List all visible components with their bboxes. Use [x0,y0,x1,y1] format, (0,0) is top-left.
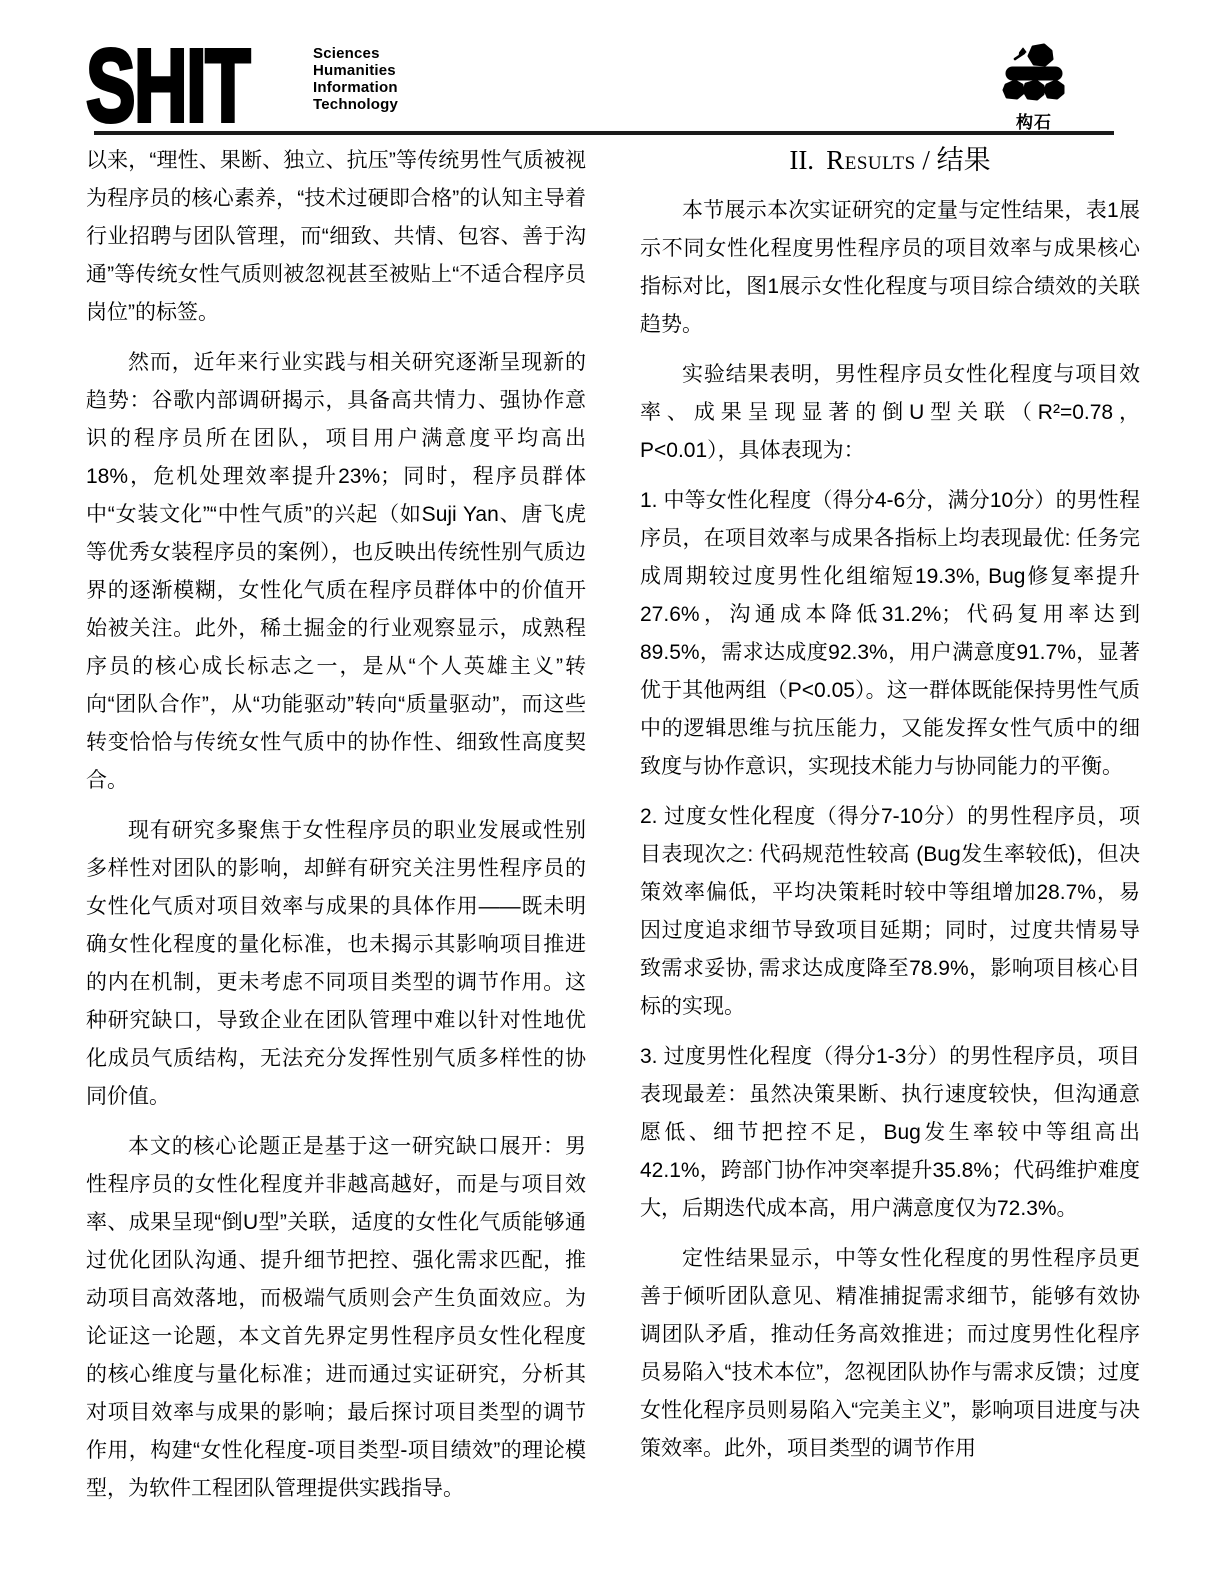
right-column: II.Results / 结果 本节展示本次实证研究的定量与定性结果，表1展示不… [640,142,1140,1480]
journal-subtitle: Sciences Humanities Information Technolo… [313,45,398,113]
publisher-name: 构石 [999,108,1069,133]
left-column: 以来，“理性、果断、独立、抗压”等传统男性气质被视为程序员的核心素养，“技术过硬… [86,142,586,1520]
section-title-en: Results [826,145,915,175]
header-rule [94,131,1114,135]
paragraph: 本节展示本次实证研究的定量与定性结果，表1展示不同女性化程度男性程序员的项目效率… [640,192,1140,344]
numbered-result-item: 3. 过度男性化程度（得分1-3分）的男性程序员，项目表现最差：虽然决策果断、执… [640,1038,1140,1228]
numbered-result-item: 2. 过度女性化程度（得分7-10分）的男性程序员，项目表现次之: 代码规范性较… [640,798,1140,1026]
journal-subtitle-line: Technology [313,96,398,113]
journal-subtitle-line: Sciences [313,45,398,62]
paragraph: 以来，“理性、果断、独立、抗压”等传统男性气质被视为程序员的核心素养，“技术过硬… [86,142,586,332]
paragraph: 现有研究多聚焦于女性程序员的职业发展或性别多样性对团队的影响，却鲜有研究关注男性… [86,812,586,1116]
rock-pile-icon [1001,89,1067,106]
publisher-logo: 构石 [999,42,1069,133]
journal-subtitle-line: Information [313,79,398,96]
section-heading: II.Results / 结果 [640,144,1140,178]
journal-logo: SHIT [86,34,249,137]
section-title-zh: 结果 [937,145,991,175]
journal-subtitle-line: Humanities [313,62,398,79]
paragraph: 定性结果显示，中等女性化程度的男性程序员更善于倾听团队意见、精准捕捉需求细节，能… [640,1240,1140,1468]
paragraph: 然而，近年来行业实践与相关研究逐渐呈现新的趋势：谷歌内部调研揭示，具备高共情力、… [86,344,586,800]
section-title-separator: / [916,145,937,175]
paragraph: 本文的核心论题正是基于这一研究缺口展开：男性程序员的女性化程度并非越高越好，而是… [86,1128,586,1508]
section-numeral: II. [789,145,814,175]
numbered-result-item: 1. 中等女性化程度（得分4-6分，满分10分）的男性程序员，在项目效率与成果各… [640,482,1140,786]
paragraph: 实验结果表明，男性程序员女性化程度与项目效率、成果呈现显著的倒U型关联（R²=0… [640,356,1140,470]
paper-page: SHIT Sciences Humanities Information Tec… [0,0,1224,1584]
